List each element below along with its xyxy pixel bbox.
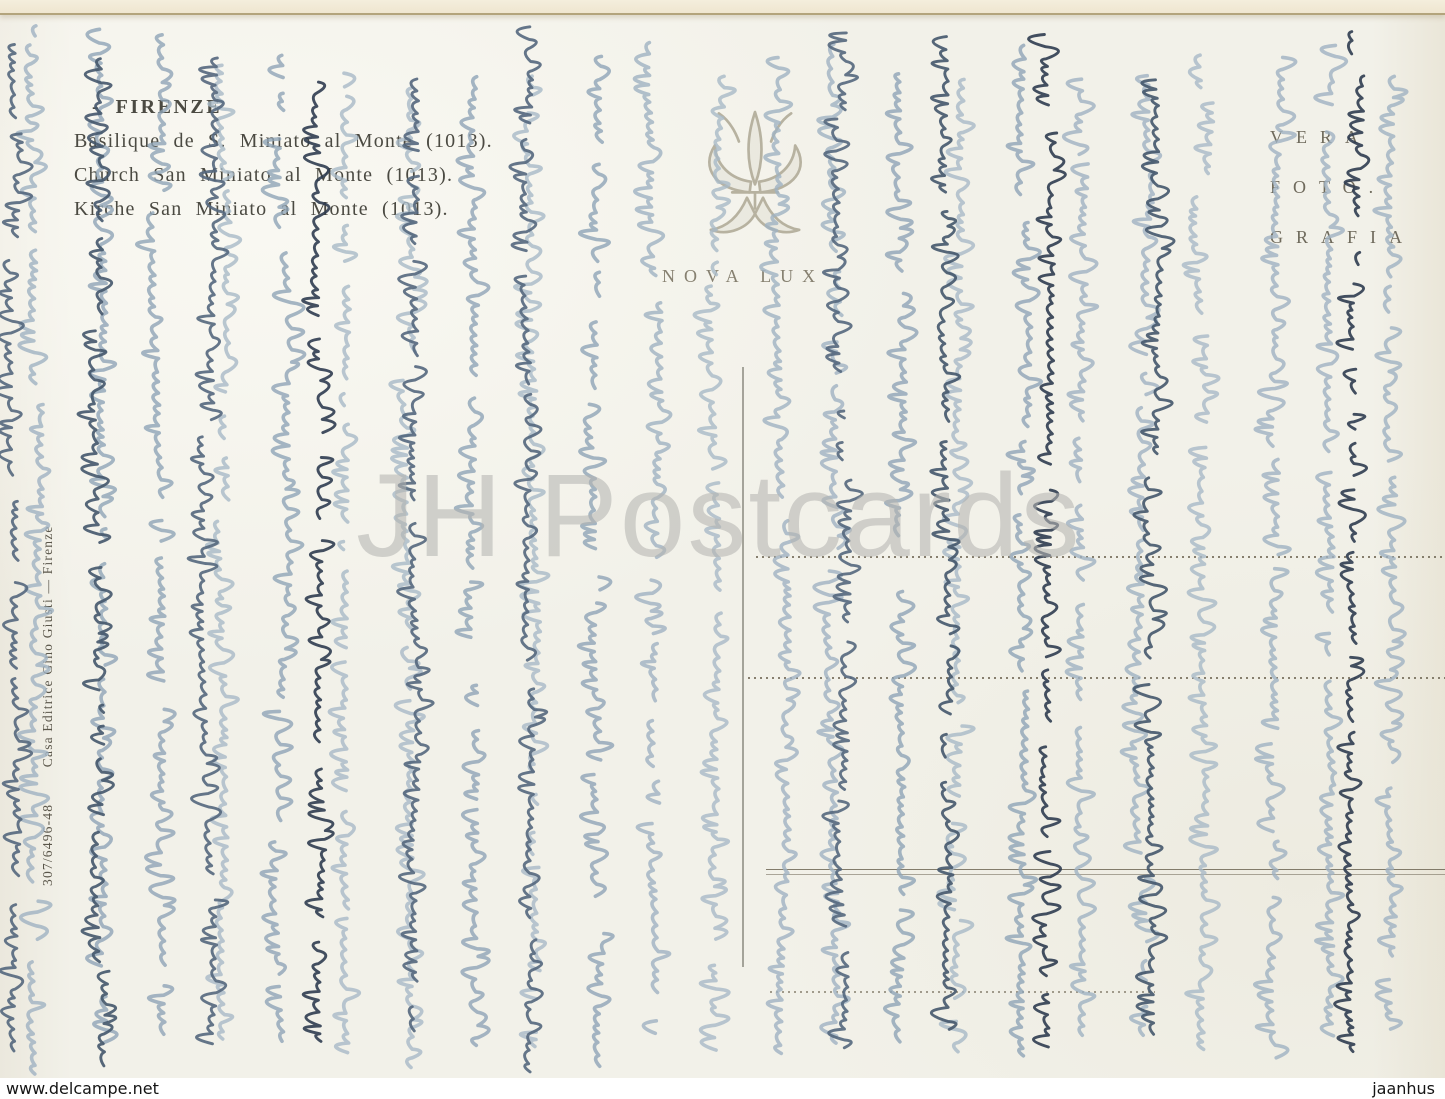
dealer-watermark: JH Postcards <box>356 448 1082 584</box>
postcard-scan: - FIRENZE Basilique de S. Miniato al Mon… <box>0 0 1445 1099</box>
site-watermark-right: jaanhus <box>1372 1079 1435 1098</box>
scan-edge-strip <box>0 0 1445 15</box>
site-watermark-left: www.delcampe.net <box>6 1079 159 1098</box>
scan-footer-strip: www.delcampe.net jaanhus <box>0 1078 1445 1099</box>
